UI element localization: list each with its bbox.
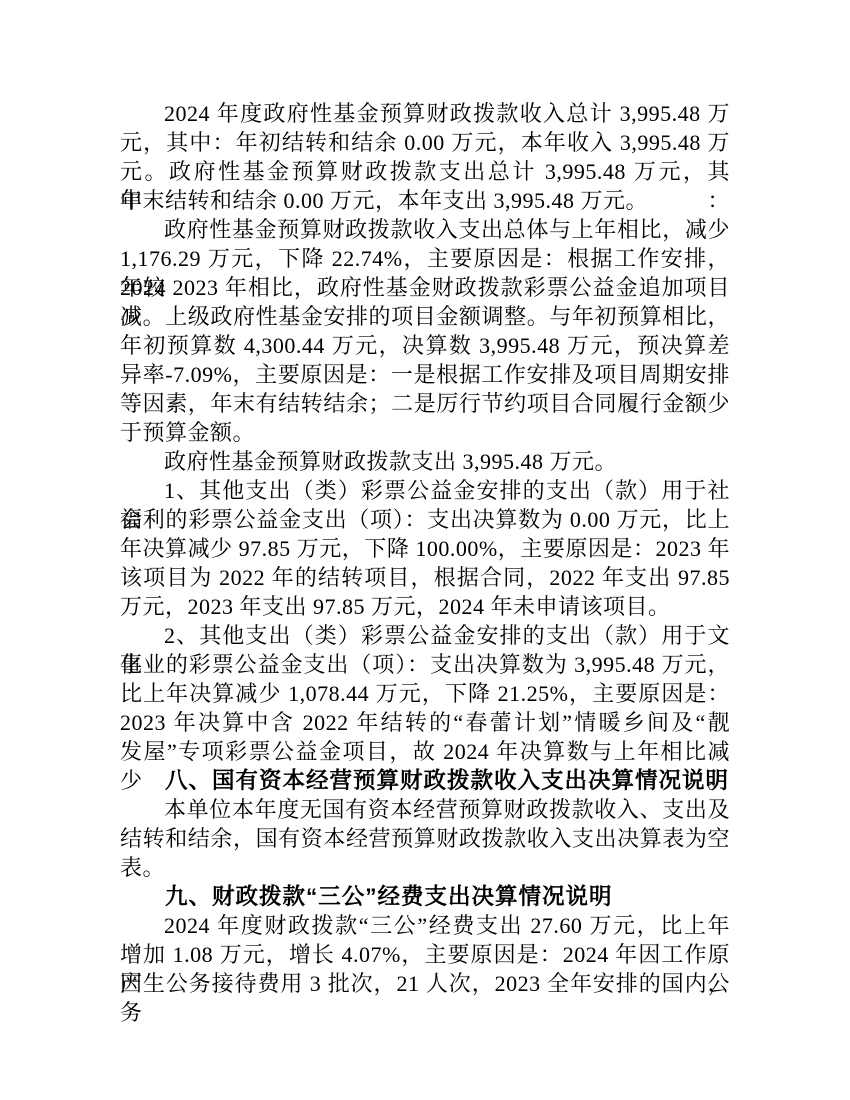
text-line: 少。上级政府性基金安排的项目金额调整。与年初预算相比， (120, 302, 730, 331)
text-line: 事业的彩票公益金支出（项）：支出决算数为 3,995.48 万元， (120, 650, 730, 679)
paragraph: 2024 年度财政拨款“三公”经费支出 27.60 万元，比上年增加 1.08 … (120, 911, 730, 998)
text-line: 等因素，年末有结转结余；二是厉行节约项目合同履行金额少 (120, 389, 730, 418)
text-line: 异率-7.09%，主要原因是：一是根据工作安排及项目周期安排 (120, 360, 730, 389)
text-line: 年决算减少 97.85 万元，下降 100.00%，主要原因是：2023 年 (120, 534, 730, 563)
text-line: 2、其他支出（类）彩票公益金安排的支出（款）用于文化 (120, 621, 730, 650)
text-line: 该项目为 2022 年的结转项目，根据合同，2022 年支出 97.85 (120, 563, 730, 592)
text-line: 增加 1.08 万元，增长 4.07%，主要原因是：2024 年因工作原因， (120, 940, 730, 969)
text-line: 2024 年度财政拨款“三公”经费支出 27.60 万元，比上年 (120, 911, 730, 940)
text-line: 产生公务接待费用 3 批次，21 人次，2023 全年安排的国内公务 (120, 969, 730, 998)
text-line: 于预算金额。 (120, 418, 730, 447)
text-line: 本单位本年度无国有资本经营预算财政拨款收入、支出及 (120, 795, 730, 824)
paragraph: 本单位本年度无国有资本经营预算财政拨款收入、支出及结转和结余，国有资本经营预算财… (120, 795, 730, 882)
text-line: 发屋”专项彩票公益金项目，故 2024 年决算数与上年相比减少。 (120, 737, 730, 766)
text-line: 元，其中：年初结转和结余 0.00 万元，本年收入 3,995.48 万 (120, 128, 730, 157)
paragraph: 1、其他支出（类）彩票公益金安排的支出（款）用于社会福利的彩票公益金支出（项）：… (120, 476, 730, 621)
text-line: 八、国有资本经营预算财政拨款收入支出决算情况说明 (120, 766, 730, 795)
text-line: 元。政府性基金预算财政拨款支出总计 3,995.48 万元，其中： (120, 157, 730, 186)
paragraph: 2024 年度政府性基金预算财政拨款收入总计 3,995.48 万元，其中：年初… (120, 99, 730, 215)
text-line: 结转和结余，国有资本经营预算财政拨款收入支出决算表为空 (120, 824, 730, 853)
section-heading: 九、财政拨款“三公”经费支出决算情况说明 (120, 882, 730, 911)
text-line: 1、其他支出（类）彩票公益金安排的支出（款）用于社会 (120, 476, 730, 505)
paragraph: 政府性基金预算财政拨款支出 3,995.48 万元。 (120, 447, 730, 476)
text-line: 福利的彩票公益金支出（项）：支出决算数为 0.00 万元，比上 (120, 505, 730, 534)
paragraph: 2、其他支出（类）彩票公益金安排的支出（款）用于文化事业的彩票公益金支出（项）：… (120, 621, 730, 766)
text-line: 政府性基金预算财政拨款收入支出总体与上年相比，减少 (120, 215, 730, 244)
text-line: 2023 年决算中含 2022 年结转的“春蕾计划”情暖乡间及“靓 (120, 708, 730, 737)
document-body: 2024 年度政府性基金预算财政拨款收入总计 3,995.48 万元，其中：年初… (120, 99, 730, 998)
text-line: 年初预算数 4,300.44 万元，决算数 3,995.48 万元，预决算差 (120, 331, 730, 360)
text-line: 九、财政拨款“三公”经费支出决算情况说明 (120, 882, 730, 911)
paragraph: 政府性基金预算财政拨款收入支出总体与上年相比，减少1,176.29 万元，下降 … (120, 215, 730, 447)
text-line: 年末结转和结余 0.00 万元，本年支出 3,995.48 万元。 (120, 186, 730, 215)
text-line: 1,176.29 万元，下降 22.74%，主要原因是：根据工作安排，2024 (120, 244, 730, 273)
text-line: 2024 年度政府性基金预算财政拨款收入总计 3,995.48 万 (120, 99, 730, 128)
text-line: 万元，2023 年支出 97.85 万元，2024 年未申请该项目。 (120, 592, 730, 621)
text-line: 比上年决算减少 1,078.44 万元，下降 21.25%，主要原因是： (120, 679, 730, 708)
text-line: 表。 (120, 853, 730, 882)
section-heading: 八、国有资本经营预算财政拨款收入支出决算情况说明 (120, 766, 730, 795)
document-page: 2024 年度政府性基金预算财政拨款收入总计 3,995.48 万元，其中：年初… (0, 0, 850, 1100)
text-line: 年较 2023 年相比，政府性基金财政拨款彩票公益金追加项目减 (120, 273, 730, 302)
text-line: 政府性基金预算财政拨款支出 3,995.48 万元。 (120, 447, 730, 476)
